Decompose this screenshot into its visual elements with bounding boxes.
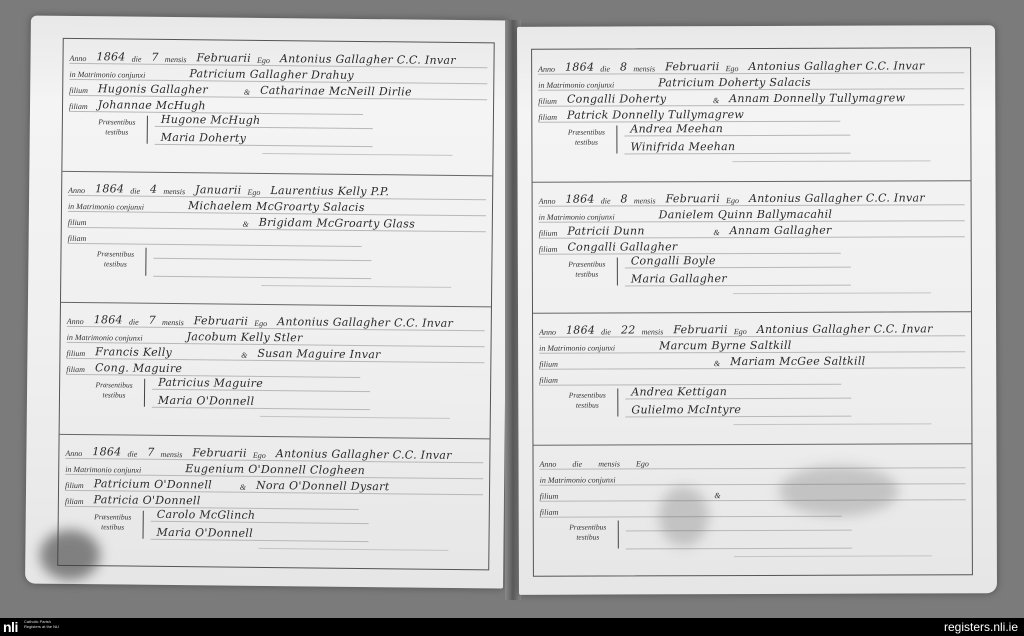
et-label: &: [714, 491, 720, 500]
entry-day: 7: [151, 51, 158, 64]
witness-line-1: Andrea Meehan: [624, 121, 850, 137]
praesentibus-label: Præsentibus testibus: [85, 512, 141, 533]
ego-label: Ego: [726, 64, 739, 73]
witness-1: Patricius Maguire: [158, 376, 263, 390]
filiam-label: filiam: [540, 507, 559, 516]
die-label: die: [601, 328, 611, 337]
mensis-label: mensis: [633, 64, 655, 73]
entry-filium-row: filium Patricii Dunn & Annam Gallagher: [539, 220, 965, 238]
ruled-line: [733, 423, 931, 425]
praesentibus-label: Præsentibus testibus: [558, 127, 614, 147]
entry-month: Februarii: [196, 51, 251, 65]
mensis-label: mensis: [642, 327, 664, 336]
filiam-label: filiam: [538, 113, 557, 122]
anno-label: Anno: [539, 328, 556, 337]
officiant: Laurentius Kelly P.P.: [270, 184, 389, 198]
et-label: &: [242, 219, 248, 228]
ruled-line: [260, 416, 450, 419]
entry-year: 1864: [94, 313, 123, 326]
et-label: &: [713, 228, 719, 237]
ruled-line: [734, 555, 932, 557]
nli-logo-caption: Catholic Parish Registers at the NLI: [24, 620, 60, 629]
bride-parent-name: Patrick Donnelly Tullymagrew: [567, 108, 744, 122]
ego-label: Ego: [734, 327, 747, 336]
filiam-label: filiam: [68, 233, 87, 242]
anno-label: Anno: [68, 185, 85, 194]
register-image-viewer[interactable]: Anno 1864 die 7 mensis Februarii Ego Ant…: [0, 0, 1024, 618]
marriage-entry: Anno 1864 die 4 mensis Januarii Ego Laur…: [61, 170, 492, 307]
die-label: die: [572, 459, 582, 468]
witness-line-2: [153, 261, 371, 278]
witness-brace: [143, 510, 148, 538]
marriage-entry: Anno 1864 die 8 mensis Februarii Ego Ant…: [533, 180, 971, 314]
marriage-entry: Anno die mensis Ego in Matrimonio conjun…: [533, 443, 971, 576]
praesentibus-label: Præsentibus testibus: [559, 390, 615, 410]
mensis-label: mensis: [161, 449, 183, 458]
die-label: die: [129, 318, 139, 327]
bride-parent-name: Cong. Maguire: [95, 361, 182, 375]
ego-label: Ego: [726, 196, 739, 205]
filiam-label: filiam: [539, 376, 558, 385]
filium-label: filium: [538, 97, 557, 106]
entry-day: 22: [621, 323, 636, 336]
stain: [779, 466, 899, 516]
filium-label: filium: [69, 86, 88, 95]
entry-day: 7: [147, 445, 154, 458]
witness-2: Maria O'Donnell: [157, 525, 253, 539]
entry-year: 1864: [565, 61, 594, 74]
marriage-entry: Anno 1864 die 7 mensis Februarii Ego Ant…: [58, 433, 489, 569]
matrimonio-label: in Matrimonio conjunxi: [539, 212, 615, 221]
die-label: die: [127, 449, 137, 458]
entry-month: Januarii: [195, 183, 242, 196]
groom-name: Patricium Doherty Salacis: [658, 76, 811, 90]
footer-bar: nli Catholic Parish Registers at the NLI…: [0, 618, 1024, 636]
witness-2: Maria Doherty: [161, 131, 247, 145]
filium-label: filium: [65, 480, 84, 489]
praesentibus-label: Præsentibus testibus: [86, 380, 142, 401]
entry-day: 8: [620, 192, 627, 205]
ego-label: Ego: [254, 319, 267, 328]
witness-1: Andrea Kettigan: [631, 385, 727, 398]
entry-year: 1864: [92, 445, 121, 458]
witness-brace: [617, 257, 622, 285]
ruled-line: [733, 292, 931, 294]
die-label: die: [132, 55, 142, 64]
entry-filium-row: filium Congalli Doherty & Annam Donnelly…: [538, 88, 964, 106]
bride-parent-name: Johannae McHugh: [98, 98, 206, 112]
left-page-frame: Anno 1864 die 7 mensis Februarii Ego Ant…: [57, 38, 495, 570]
witness-line-2: [626, 533, 852, 549]
anno-label: Anno: [65, 448, 82, 457]
filium-label: filium: [68, 217, 87, 226]
bride-name: Annam Gallagher: [730, 223, 832, 236]
witness-1: Congalli Boyle: [631, 254, 716, 267]
mensis-label: mensis: [598, 459, 620, 468]
groom-name: Marcum Byrne Saltkill: [659, 339, 791, 352]
filium-label: filium: [539, 360, 558, 369]
nli-logo[interactable]: nli: [3, 620, 18, 634]
anno-label: Anno: [540, 459, 557, 468]
ruled-line: [732, 160, 930, 162]
ruled-line: [261, 284, 451, 287]
witness-2: Gulielmo McIntyre: [631, 403, 741, 416]
et-label: &: [713, 96, 719, 105]
mensis-label: mensis: [634, 196, 656, 205]
witness-brace: [616, 125, 621, 153]
bride-parent-name: Congalli Gallagher: [567, 240, 677, 253]
stain: [659, 486, 709, 546]
praesentibus-label: Præsentibus testibus: [560, 522, 616, 542]
marriage-entry: Anno 1864 die 22 mensis Februarii Ego An…: [533, 311, 971, 445]
ruled-line: [258, 547, 448, 550]
witness-line-1: Andrea Kettigan: [625, 384, 851, 400]
right-page-frame: Anno 1864 die 8 mensis Februarii Ego Ant…: [531, 47, 973, 577]
anno-label: Anno: [67, 317, 84, 326]
filiam-label: filiam: [69, 102, 88, 111]
entry-month: Februarii: [194, 314, 249, 328]
father-name: Congalli Doherty: [567, 92, 707, 105]
witness-brace: [147, 116, 152, 144]
entry-year: 1864: [565, 192, 594, 205]
bride-name: Mariam McGee Saltkill: [730, 355, 865, 368]
officiant: Antonius Gallagher C.C. Invar: [757, 322, 933, 336]
mensis-label: mensis: [162, 318, 184, 327]
entry-year: 1864: [95, 182, 124, 195]
entry-month: Februarii: [665, 60, 720, 73]
anno-label: Anno: [539, 196, 556, 205]
matrimonio-label: in Matrimonio conjunxi: [538, 80, 614, 89]
entry-day: 4: [150, 182, 157, 195]
marriage-entry: Anno 1864 die 7 mensis Februarii Ego Ant…: [60, 302, 491, 439]
witness-2: Maria Gallagher: [631, 272, 727, 285]
page-corner-shadow: [40, 530, 100, 580]
die-label: die: [130, 186, 140, 195]
anno-label: Anno: [538, 65, 555, 74]
witness-line-1: Patricius Maguire: [152, 375, 370, 392]
witness-brace: [617, 388, 622, 416]
die-label: die: [600, 65, 610, 74]
ego-label: Ego: [636, 459, 649, 468]
entry-month: Februarii: [673, 323, 728, 336]
witness-1: Carolo McGlinch: [157, 507, 256, 521]
filium-label: filium: [540, 491, 559, 500]
entry-month: Februarii: [666, 192, 721, 205]
witness-2: Winifrida Meehan: [630, 140, 735, 153]
praesentibus-label: Præsentibus testibus: [89, 117, 145, 138]
witness-line-1: Congalli Boyle: [625, 252, 851, 268]
et-label: &: [240, 482, 246, 491]
entry-year: 1864: [566, 324, 595, 337]
witness-1: Andrea Meehan: [630, 122, 723, 135]
right-page: Anno 1864 die 8 mensis Februarii Ego Ant…: [517, 25, 997, 595]
matrimonio-label: in Matrimonio conjunxi: [539, 343, 615, 352]
anno-label: Anno: [69, 54, 86, 63]
witness-line-1: Hugone McHugh: [155, 112, 373, 129]
witness-brace: [145, 247, 150, 275]
witness-line-2: Maria O'Donnell: [152, 393, 370, 410]
filiam-label: filiam: [66, 365, 85, 374]
officiant: Antonius Gallagher C.C. Invar: [748, 59, 924, 73]
witness-line-2: Maria Gallagher: [625, 270, 851, 286]
entry-filium-row: filium & Mariam McGee Saltkill: [539, 351, 965, 369]
bride-name: Annam Donnelly Tullymagrew: [729, 91, 905, 105]
et-label: &: [244, 88, 250, 97]
witness-line-2: Winifrida Meehan: [624, 139, 850, 155]
ego-label: Ego: [253, 450, 266, 459]
groom-name: Danielem Quinn Ballymacahil: [659, 207, 833, 221]
witness-line-2: Gulielmo McIntyre: [625, 402, 851, 418]
et-label: &: [714, 359, 720, 368]
entry-month: Februarii: [192, 446, 247, 460]
ego-label: Ego: [257, 56, 270, 65]
marriage-entry: Anno 1864 die 7 mensis Februarii Ego Ant…: [62, 39, 493, 176]
die-label: die: [601, 196, 611, 205]
witness-brace: [144, 379, 149, 407]
witness-1: Hugone McHugh: [161, 113, 261, 127]
matrimonio-label: in Matrimonio conjunxi: [540, 475, 616, 484]
bride-parent-name: Patricia O'Donnell: [94, 493, 201, 507]
bride-name: Susan Maguire Invar: [257, 347, 380, 361]
groom-name: Jacobum Kelly Stler: [187, 330, 303, 344]
entry-year: 1864: [96, 50, 125, 63]
mensis-label: mensis: [165, 55, 187, 64]
entry-day: 7: [149, 314, 156, 327]
site-link[interactable]: registers.nli.ie: [944, 620, 1018, 634]
father-name: Patricii Dunn: [567, 224, 707, 237]
filium-label: filium: [66, 349, 85, 358]
entry-day: 8: [620, 60, 627, 73]
witness-line-2: Maria O'Donnell: [151, 524, 369, 541]
witness-line-1: Carolo McGlinch: [151, 506, 369, 523]
witness-line-1: [153, 243, 371, 260]
ego-label: Ego: [247, 187, 260, 196]
witness-brace: [618, 520, 623, 548]
witness-2: Maria O'Donnell: [158, 394, 254, 408]
et-label: &: [241, 351, 247, 360]
praesentibus-label: Præsentibus testibus: [559, 259, 615, 279]
entry-filium-row: filium &: [540, 483, 966, 501]
witness-line-2: Maria Doherty: [155, 130, 373, 147]
marriage-entry: Anno 1864 die 8 mensis Februarii Ego Ant…: [532, 48, 970, 182]
left-page: Anno 1864 die 7 mensis Februarii Ego Ant…: [25, 16, 509, 589]
filiam-label: filiam: [539, 244, 558, 253]
ruled-line: [263, 153, 453, 156]
officiant: Antonius Gallagher C.C. Invar: [749, 191, 925, 205]
filiam-label: filiam: [65, 496, 84, 505]
mensis-label: mensis: [163, 186, 185, 195]
filium-label: filium: [539, 228, 558, 237]
praesentibus-label: Præsentibus testibus: [87, 249, 143, 270]
